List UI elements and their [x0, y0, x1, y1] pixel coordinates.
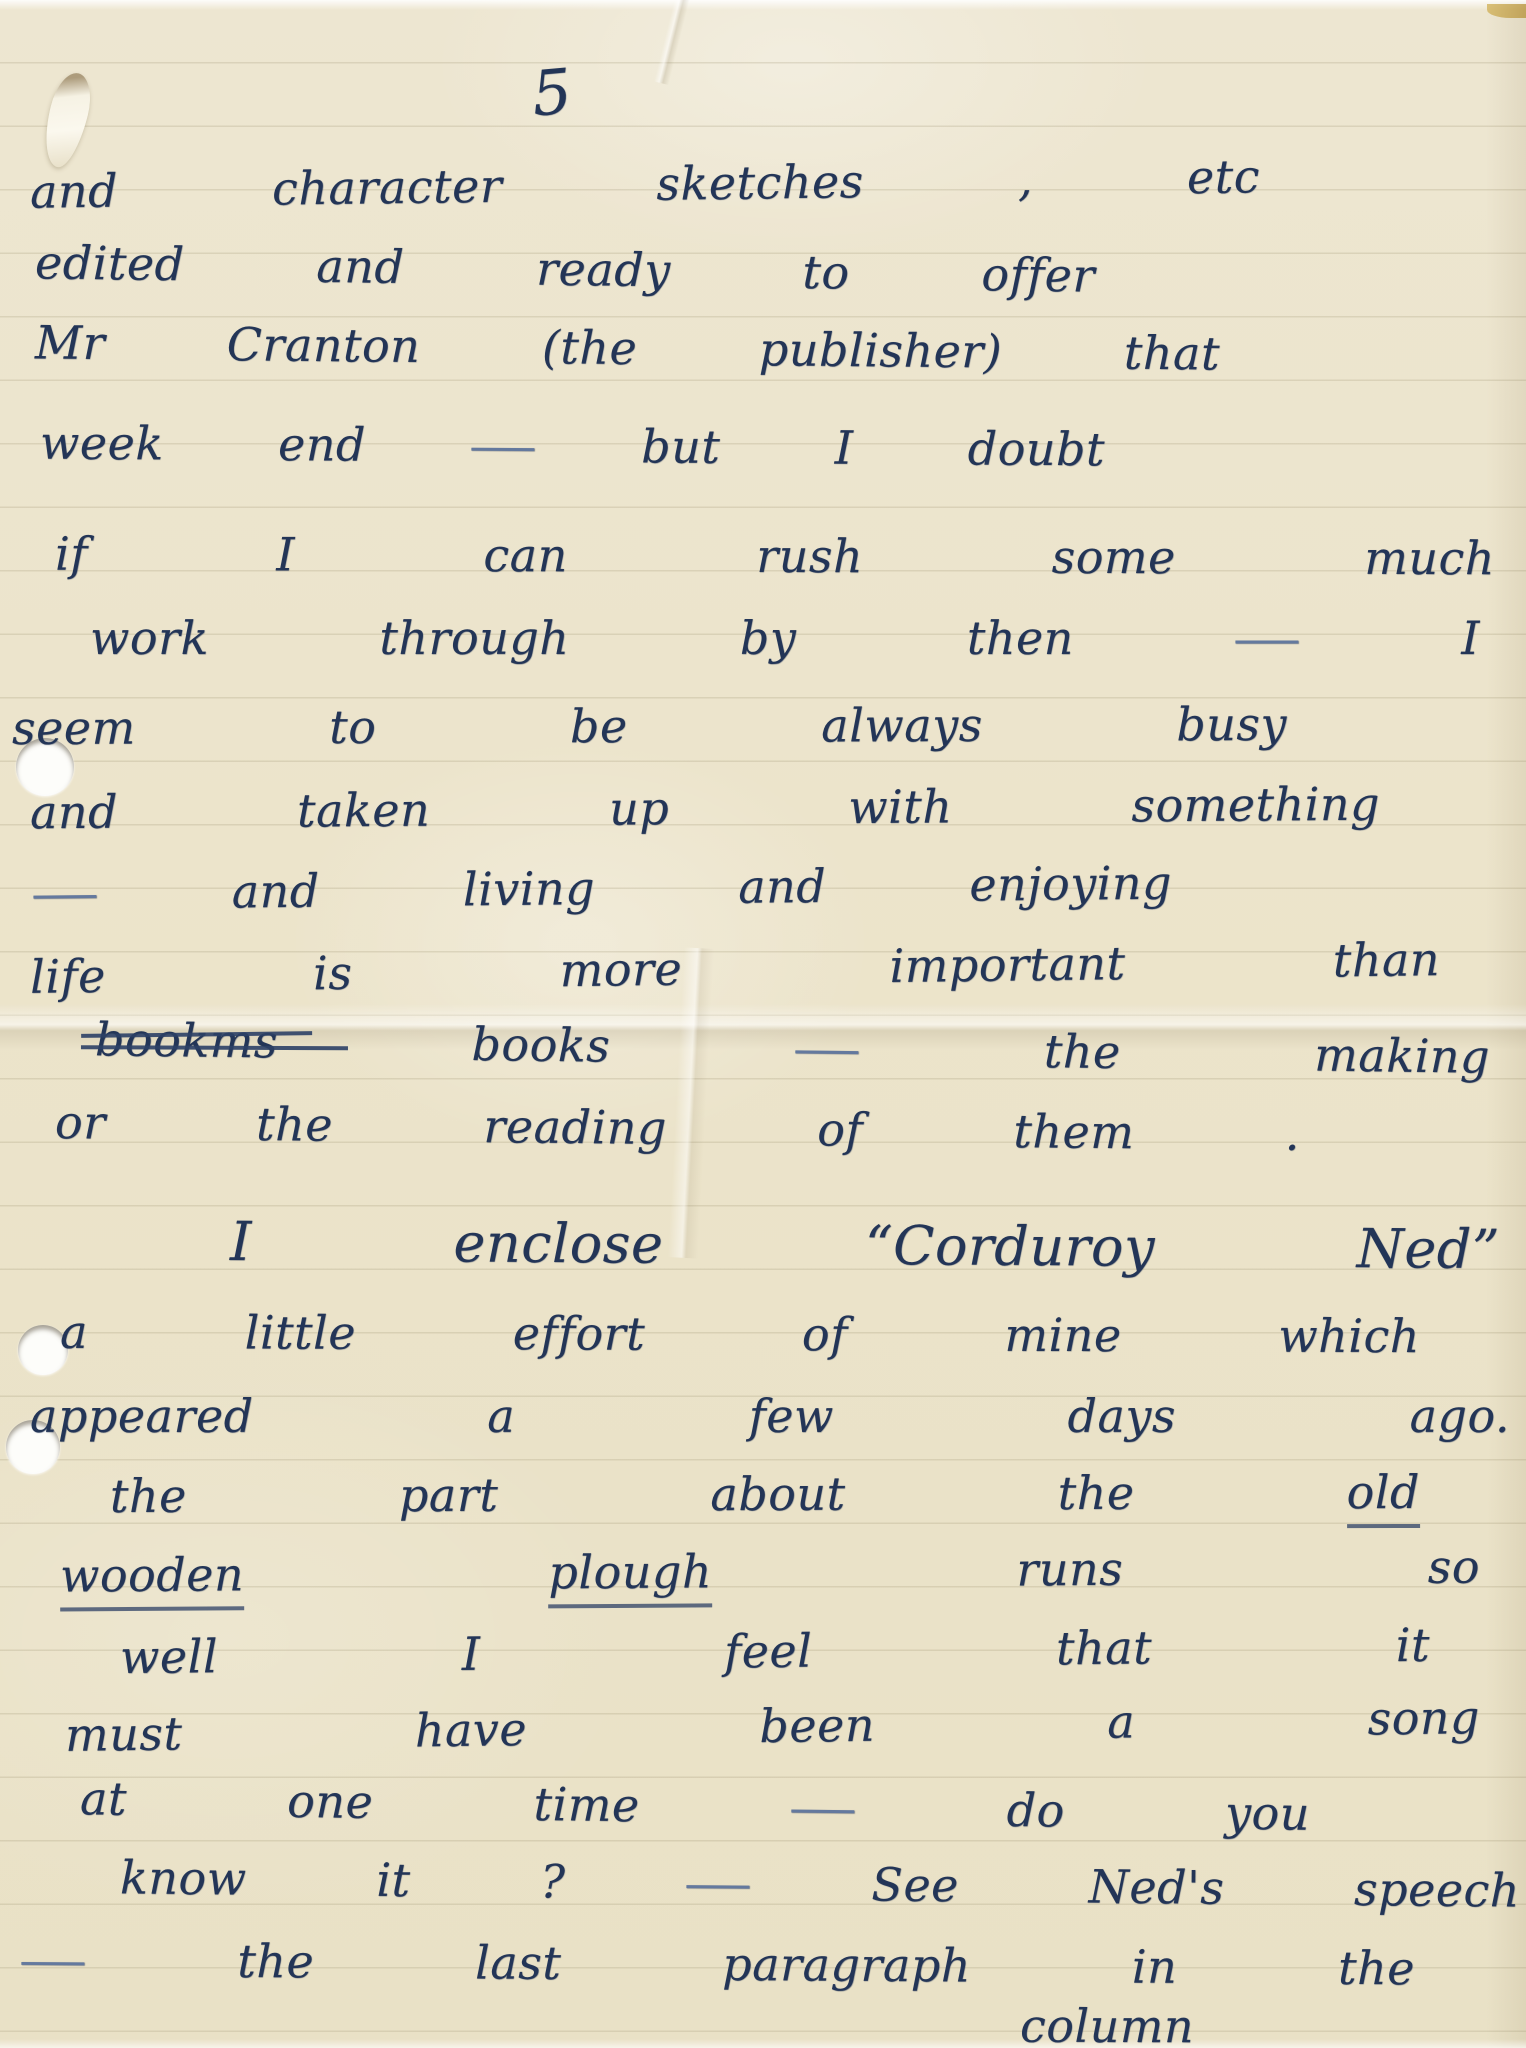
word: to: [329, 701, 376, 754]
word: time: [533, 1778, 640, 1832]
word: enjoying: [969, 857, 1172, 912]
word: appeared: [30, 1390, 254, 1443]
word: Ned's: [1088, 1861, 1224, 1915]
word: part: [399, 1469, 499, 1522]
word: a: [60, 1306, 88, 1359]
word: books: [471, 1018, 610, 1073]
word: then: [967, 612, 1074, 665]
word: speech: [1354, 1863, 1520, 1917]
word: ,: [1017, 153, 1033, 206]
word: —: [788, 1781, 858, 1835]
word: I: [462, 1628, 481, 1681]
word: few: [749, 1390, 834, 1443]
handwritten-line: —andlivingandenjoying: [42, 857, 1172, 921]
word: .: [1285, 1108, 1301, 1161]
word: I: [1461, 612, 1480, 665]
word: the: [1044, 1025, 1122, 1079]
word: some: [1052, 531, 1176, 584]
struck-word: bookms: [95, 1013, 279, 1068]
word: can: [483, 529, 567, 582]
word: the: [237, 1935, 314, 1988]
underlined-word: wooden: [60, 1548, 244, 1611]
scan-edge-top: [0, 0, 1526, 10]
handwritten-line: column: [1020, 2000, 1194, 2048]
word: the: [1058, 1467, 1135, 1520]
word: been: [759, 1699, 875, 1753]
word: know: [120, 1851, 247, 1905]
word: to: [802, 246, 850, 299]
word: making: [1314, 1029, 1490, 1084]
word: Mr: [35, 316, 106, 370]
word: life: [30, 950, 106, 1004]
word: etc: [1187, 150, 1261, 204]
word: that: [1056, 1621, 1153, 1675]
underlined-word: plough: [548, 1545, 712, 1608]
handwritten-line: MrCranton(thepublisher)that: [35, 316, 1220, 380]
handwritten-line: seemtobealwaysbusy: [12, 698, 1287, 755]
word: it: [1396, 1619, 1431, 1672]
word: and: [231, 865, 319, 919]
word: ?: [540, 1855, 566, 1908]
word: taken: [297, 784, 430, 838]
handwritten-line: appearedafewdaysago.: [30, 1390, 1510, 1443]
handwritten-line: ifIcanrushsomemuch: [55, 528, 1495, 585]
handwritten-line: alittleeffortofminewhich: [60, 1306, 1420, 1363]
word: song: [1367, 1691, 1480, 1745]
word: character: [272, 160, 503, 216]
word: with: [848, 780, 953, 834]
word: and: [316, 240, 405, 294]
word: little: [245, 1306, 357, 1359]
word: —: [1233, 612, 1303, 665]
handwritten-line: weekend—butIdoubt: [40, 417, 1105, 477]
word: feel: [724, 1625, 813, 1679]
word: you: [1225, 1787, 1310, 1841]
word: that: [1124, 327, 1221, 381]
word: if: [55, 528, 88, 581]
word: the: [1338, 1942, 1415, 1995]
word: the: [110, 1470, 187, 1523]
word: —: [469, 419, 539, 472]
word: busy: [1176, 698, 1287, 751]
word: reading: [483, 1100, 667, 1155]
word: important: [889, 937, 1126, 993]
word: ago.: [1410, 1390, 1510, 1443]
letter-page: 5 andcharactersketches,etceditedandready…: [0, 0, 1526, 2048]
word: is: [313, 947, 353, 1000]
word: I: [835, 422, 854, 475]
word: offer: [981, 248, 1095, 302]
word: living: [463, 862, 596, 916]
word: at: [80, 1772, 128, 1825]
word: in: [1132, 1941, 1178, 1994]
word: paragraph: [722, 1938, 971, 1992]
handwritten-line: thepartabouttheold: [110, 1466, 1420, 1532]
word: “Corduroy: [865, 1215, 1155, 1279]
word: and: [738, 860, 826, 914]
word: week: [40, 417, 164, 471]
word: something: [1131, 778, 1380, 832]
handwritten-line: Ienclose“CorduroyNed”: [230, 1211, 1500, 1281]
word: do: [1006, 1784, 1065, 1838]
word: Cranton: [227, 318, 421, 373]
word: up: [609, 782, 669, 835]
word: —: [792, 1022, 862, 1076]
word: the: [256, 1098, 333, 1152]
word: well: [120, 1630, 219, 1684]
word: must: [65, 1707, 183, 1761]
word: so: [1427, 1541, 1480, 1594]
word: but: [641, 420, 720, 473]
word: publisher): [759, 323, 1003, 378]
word: always: [821, 699, 983, 752]
word: or: [55, 1096, 106, 1149]
handwritten-line: andtakenupwithsomething: [30, 778, 1380, 839]
word: end: [278, 418, 366, 471]
word: See: [871, 1858, 959, 1912]
word: —: [30, 867, 100, 921]
word: and: [30, 165, 119, 219]
word: by: [740, 612, 796, 665]
word: rush: [756, 530, 863, 583]
word: than: [1332, 933, 1440, 987]
word: of: [802, 1308, 848, 1361]
word: more: [559, 943, 682, 997]
underlined-word: old: [1347, 1466, 1421, 1528]
word: through: [379, 612, 569, 665]
word: it: [376, 1854, 411, 1907]
word: runs: [1016, 1543, 1123, 1597]
word: and: [30, 786, 118, 839]
word: work: [90, 612, 209, 665]
word: sketches: [656, 155, 864, 210]
word: seem: [12, 702, 136, 755]
word: doubt: [968, 422, 1106, 476]
word: I: [276, 528, 295, 581]
word: days: [1068, 1390, 1176, 1443]
word: a: [487, 1390, 515, 1443]
word: of: [817, 1103, 863, 1156]
word: —: [18, 1934, 88, 1987]
handwritten-line: workthroughbythen—I: [90, 612, 1480, 665]
word: —: [683, 1857, 753, 1911]
word: them: [1013, 1105, 1134, 1159]
word: enclose: [453, 1212, 663, 1275]
word: much: [1364, 532, 1495, 585]
scan-edge-bottom: [0, 2039, 1526, 2048]
word: one: [287, 1775, 374, 1829]
word: I: [230, 1211, 252, 1273]
word: last: [475, 1936, 562, 1989]
word: a: [1107, 1695, 1136, 1748]
word: (the: [542, 321, 638, 375]
word: effort: [513, 1307, 646, 1360]
handwritten-line: woodenploughrunsso: [60, 1541, 1480, 1612]
word: be: [570, 700, 628, 753]
page-number: 5: [529, 54, 575, 130]
handwritten-line: —thelastparagraphinthe: [30, 1934, 1415, 1996]
word: about: [710, 1468, 845, 1521]
word: ready: [536, 243, 671, 298]
word: mine: [1004, 1309, 1121, 1362]
word: have: [414, 1703, 527, 1757]
word: Ned”: [1356, 1218, 1500, 1281]
word: column: [1020, 2000, 1194, 2048]
word: which: [1278, 1310, 1420, 1363]
word: edited: [35, 236, 185, 291]
